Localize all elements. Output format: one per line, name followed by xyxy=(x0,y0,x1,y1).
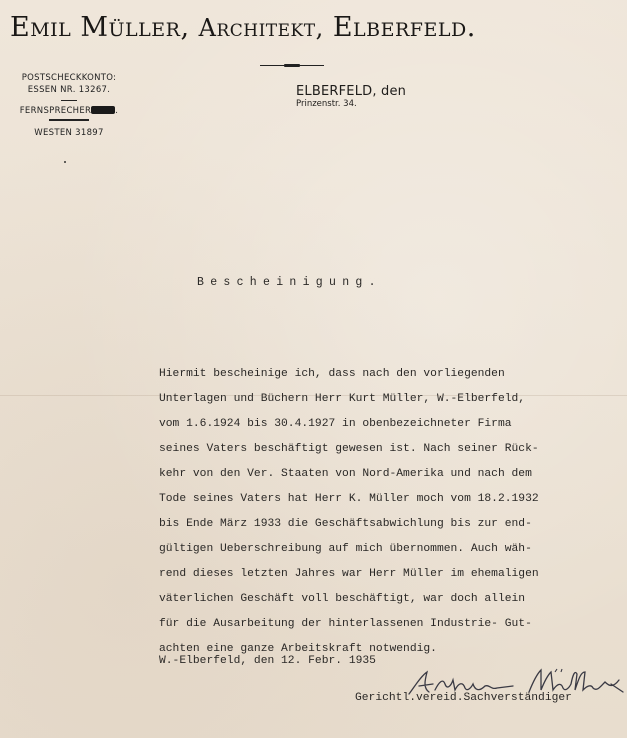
body-line: vom 1.6.1924 bis 30.4.1927 in obenbezeic… xyxy=(159,412,539,437)
speck xyxy=(64,161,66,163)
phone-line: FERNSPRECHER. xyxy=(14,105,124,117)
body-line: väterlichen Geschäft voll beschäftigt, w… xyxy=(159,587,539,612)
place-date-block: ELBERFELD, den Prinzenstr. 34. xyxy=(296,84,406,109)
city-line: ELBERFELD, den xyxy=(296,84,406,99)
letterhead-city: Elberfeld. xyxy=(333,12,476,43)
body-line: für die Ausarbeitung der hinterlassenen … xyxy=(159,612,539,637)
postscheck-value: ESSEN NR. 13267. xyxy=(14,84,124,96)
body-line: Tode seines Vaters hat Herr K. Müller mo… xyxy=(159,487,539,512)
divider xyxy=(61,100,77,101)
body-line: gültigen Ueberschreibung auf mich überno… xyxy=(159,537,539,562)
closing-line: W.-Elberfeld, den 12. Febr. 1935 xyxy=(159,655,376,667)
contact-block: POSTSCHECKKONTO: ESSEN NR. 13267. FERNSP… xyxy=(14,72,124,139)
phone-value: WESTEN 31897 xyxy=(14,127,124,139)
body-line: Hiermit bescheinige ich, dass nach den v… xyxy=(159,362,539,387)
body-line: seines Vaters beschäftigt gewesen ist. N… xyxy=(159,437,539,462)
document-body: Hiermit bescheinige ich, dass nach den v… xyxy=(159,362,539,662)
body-line: Unterlagen und Büchern Herr Kurt Müller,… xyxy=(159,387,539,412)
phone-label: FERNSPRECHER xyxy=(20,106,92,116)
ornament-divider xyxy=(260,64,324,67)
signature-title: Gerichtl.vereid.Sachverständiger xyxy=(355,692,572,704)
ink-blot xyxy=(91,106,115,114)
body-line: kehr von den Ver. Staaten von Nord-Ameri… xyxy=(159,462,539,487)
letterhead-name: Emil Müller, xyxy=(10,12,190,43)
street-address: Prinzenstr. 34. xyxy=(296,99,406,109)
letterhead-title: Emil Müller, Architekt, Elberfeld. xyxy=(10,12,476,43)
phone-suffix: . xyxy=(115,106,118,116)
divider xyxy=(49,119,89,121)
letterhead-profession: Architekt, xyxy=(199,14,324,42)
body-line: bis Ende März 1933 die Geschäftsabwichlu… xyxy=(159,512,539,537)
body-line: rend dieses letzten Jahres war Herr Müll… xyxy=(159,562,539,587)
document-heading: Bescheinigung. xyxy=(197,276,382,289)
postscheck-label: POSTSCHECKKONTO: xyxy=(14,72,124,84)
